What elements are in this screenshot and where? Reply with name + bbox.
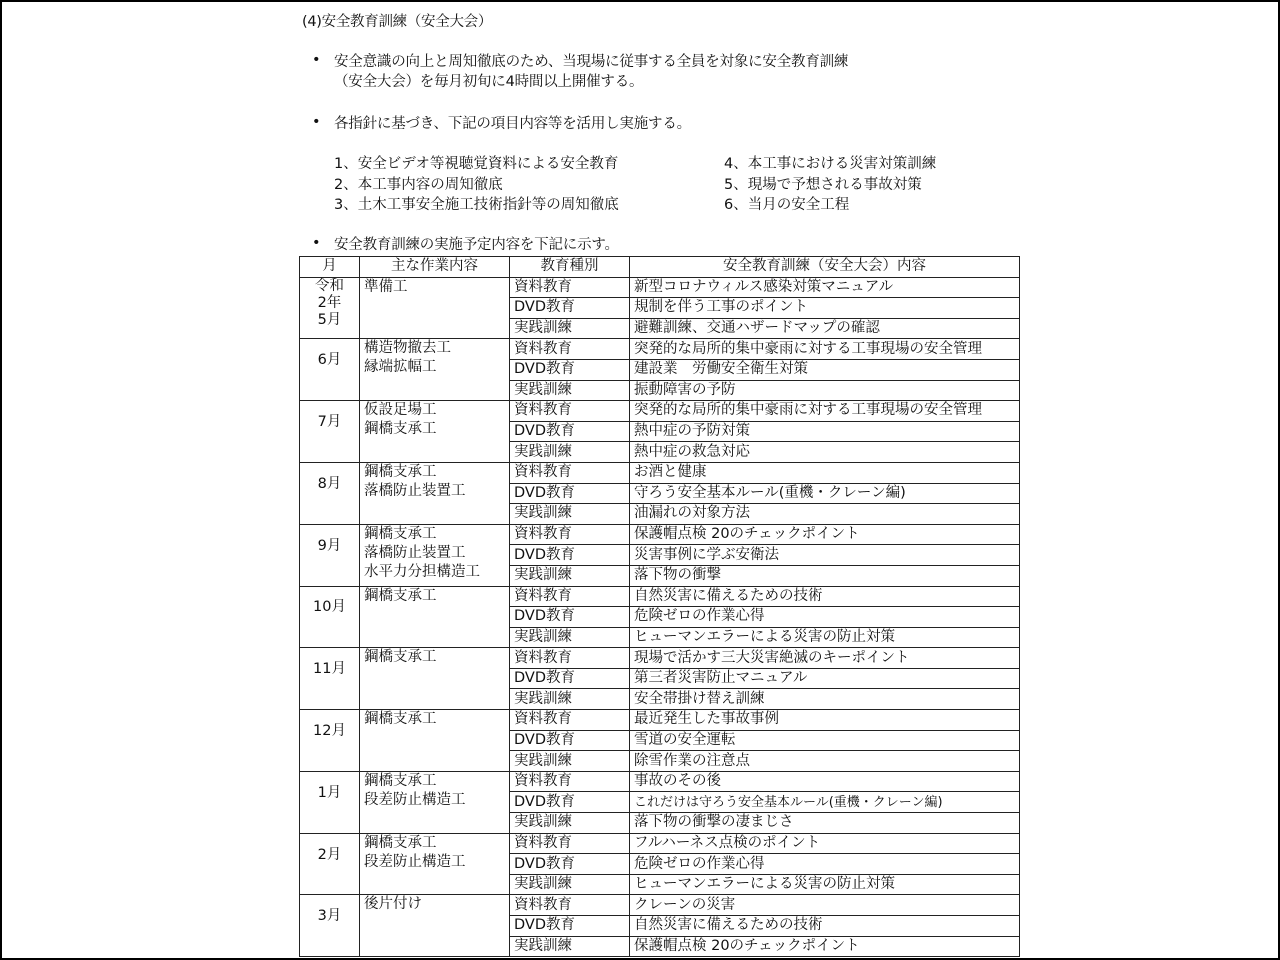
training-content-cell: 事故のその後 [630,771,1020,792]
training-content-cell: 保護帽点検 20のチェックポイント [630,936,1020,957]
work-item: 鋼橋支承工 [364,648,505,667]
training-content-cell: 災害事例に学ぶ安衛法 [630,545,1020,566]
month-label: 2月 [304,847,355,864]
education-type-cell: 資料教育 [510,833,630,854]
education-type-cell: 実践訓練 [510,751,630,772]
header-content: 安全教育訓練（安全大会）内容 [630,257,1020,278]
item: 2、本工事内容の周知徹底 [334,175,619,196]
work-item: 鋼橋支承工 [364,710,505,729]
education-type-cell: DVD教育 [510,421,630,442]
training-content-cell: 危険ゼロの作業心得 [630,607,1020,628]
month-cell: 1月 [300,771,360,833]
table-row: 1月鋼橋支承工段差防止構造工資料教育事故のその後 [300,771,1020,792]
training-content-cell: 避難訓練、交通ハザードマップの確認 [630,318,1020,339]
item: 6、当月の安全工程 [724,195,936,216]
month-label: 6月 [304,352,355,369]
table-row: 6月構造物撤去工縁端拡幅工資料教育突発的な局所的集中豪雨に対する工事現場の安全管… [300,339,1020,360]
work-item: 段差防止構造工 [364,853,505,872]
table-header-row: 月 主な作業内容 教育種別 安全教育訓練（安全大会）内容 [300,257,1020,278]
training-content-cell: 保護帽点検 20のチェックポイント [630,524,1020,545]
work-item: 水平力分担構造工 [364,563,505,582]
bullet-icon: • [312,114,320,130]
work-cell: 鋼橋支承工 [360,586,510,648]
education-type-cell: 実践訓練 [510,380,630,401]
work-item: 鋼橋支承工 [364,772,505,791]
bullet-text-line: 安全教育訓練の実施予定内容を下記に示す。 [334,235,619,255]
month-label: 8月 [304,476,355,493]
bullet-text-line: 安全意識の向上と周知徹底のため、当現場に従事する全員を対象に安全教育訓練 [334,52,848,72]
training-content-cell: 第三者災害防止マニュアル [630,668,1020,689]
training-content-cell: 守ろう安全基本ルール(重機・クレーン編) [630,483,1020,504]
work-cell: 準備工 [360,277,510,339]
work-item: 鋼橋支承工 [364,463,505,482]
education-type-cell: 資料教育 [510,771,630,792]
education-type-cell: DVD教育 [510,854,630,875]
training-content-cell: ヒューマンエラーによる災害の防止対策 [630,874,1020,895]
work-cell: 鋼橋支承工落橋防止装置工水平力分担構造工 [360,524,510,586]
training-content-cell: 安全帯掛け替え訓練 [630,689,1020,710]
work-item: 構造物撤去工 [364,339,505,358]
education-type-cell: DVD教育 [510,298,630,319]
work-item: 仮設足場工 [364,401,505,420]
education-type-cell: 資料教育 [510,524,630,545]
work-cell: 鋼橋支承工落橋防止装置工 [360,462,510,524]
month-label: 2年 [304,295,355,312]
training-content-cell: お酒と健康 [630,462,1020,483]
month-label: 令和 [304,278,355,295]
education-type-cell: 資料教育 [510,462,630,483]
month-label: 1月 [304,785,355,802]
training-content-cell: 規制を伴う工事のポイント [630,298,1020,319]
section-title: (4)安全教育訓練（安全大会） [302,10,492,31]
bullet-text-line: （安全大会）を毎月初旬に4時間以上開催する。 [334,72,848,92]
work-item: 鋼橋支承工 [364,834,505,853]
month-cell: 10月 [300,586,360,648]
month-label: 10月 [304,599,355,616]
training-content-cell: 油漏れの対象方法 [630,504,1020,525]
items-list-left: 1、安全ビデオ等視聴覚資料による安全教育 2、本工事内容の周知徹底 3、土木工事… [334,154,619,216]
month-label: 5月 [304,312,355,329]
training-content-cell: 雪道の安全運転 [630,730,1020,751]
table-row: 3月後片付け資料教育クレーンの災害 [300,895,1020,916]
training-content-cell: 熱中症の救急対応 [630,442,1020,463]
work-item: 鋼橋支承工 [364,420,505,439]
work-item: 落橋防止装置工 [364,544,505,563]
training-content-cell: クレーンの災害 [630,895,1020,916]
education-type-cell: 資料教育 [510,401,630,422]
work-cell: 鋼橋支承工段差防止構造工 [360,833,510,895]
month-cell: 3月 [300,895,360,957]
education-type-cell: 実践訓練 [510,874,630,895]
month-label: 7月 [304,414,355,431]
training-content-cell: 自然災害に備えるための技術 [630,916,1020,937]
table-row: 8月鋼橋支承工落橋防止装置工資料教育お酒と健康 [300,462,1020,483]
month-label: 11月 [304,661,355,678]
table-row: 12月鋼橋支承工資料教育最近発生した事故事例 [300,710,1020,731]
table-row: 9月鋼橋支承工落橋防止装置工水平力分担構造工資料教育保護帽点検 20のチェックポ… [300,524,1020,545]
education-type-cell: 資料教育 [510,710,630,731]
header-month: 月 [300,257,360,278]
education-type-cell: DVD教育 [510,668,630,689]
month-cell: 8月 [300,462,360,524]
education-type-cell: DVD教育 [510,730,630,751]
education-type-cell: DVD教育 [510,792,630,813]
work-item: 段差防止構造工 [364,791,505,810]
item: 3、土木工事安全施工技術指針等の周知徹底 [334,195,619,216]
education-type-cell: 資料教育 [510,277,630,298]
training-content-cell: ヒューマンエラーによる災害の防止対策 [630,627,1020,648]
training-content-cell: 落下物の衝撃の凄まじさ [630,813,1020,834]
work-cell: 鋼橋支承工 [360,648,510,710]
education-type-cell: 資料教育 [510,648,630,669]
bullet-icon: • [312,235,320,251]
work-item: 鋼橋支承工 [364,525,505,544]
training-content-cell: 突発的な局所的集中豪雨に対する工事現場の安全管理 [630,401,1020,422]
document-page: (4)安全教育訓練（安全大会） • 安全意識の向上と周知徹底のため、当現場に従事… [2,2,1278,958]
work-item: 縁端拡幅工 [364,358,505,377]
education-type-cell: 実践訓練 [510,689,630,710]
education-type-cell: 資料教育 [510,339,630,360]
table-row: 7月仮設足場工鋼橋支承工資料教育突発的な局所的集中豪雨に対する工事現場の安全管理 [300,401,1020,422]
month-cell: 令和2年5月 [300,277,360,339]
work-cell: 構造物撤去工縁端拡幅工 [360,339,510,401]
table-row: 11月鋼橋支承工資料教育現場で活かす三大災害絶滅のキーポイント [300,648,1020,669]
table-row: 令和2年5月準備工資料教育新型コロナウィルス感染対策マニュアル [300,277,1020,298]
training-content-cell: 突発的な局所的集中豪雨に対する工事現場の安全管理 [630,339,1020,360]
work-cell: 仮設足場工鋼橋支承工 [360,401,510,463]
work-item: 準備工 [364,278,505,297]
item: 1、安全ビデオ等視聴覚資料による安全教育 [334,154,619,175]
work-item: 鋼橋支承工 [364,587,505,606]
training-content-cell: 新型コロナウィルス感染対策マニュアル [630,277,1020,298]
education-type-cell: 実践訓練 [510,627,630,648]
table-row: 2月鋼橋支承工段差防止構造工資料教育フルハーネス点検のポイント [300,833,1020,854]
month-cell: 11月 [300,648,360,710]
header-type: 教育種別 [510,257,630,278]
education-type-cell: 実践訓練 [510,318,630,339]
work-cell: 鋼橋支承工 [360,710,510,772]
education-type-cell: DVD教育 [510,916,630,937]
work-cell: 後片付け [360,895,510,957]
month-label: 12月 [304,723,355,740]
month-cell: 7月 [300,401,360,463]
training-content-cell: 建設業 労働安全衛生対策 [630,359,1020,380]
training-content-cell: これだけは守ろう安全基本ルール(重機・クレーン編) [630,792,1020,813]
training-schedule-table: 月 主な作業内容 教育種別 安全教育訓練（安全大会）内容 令和2年5月準備工資料… [299,256,1020,957]
education-type-cell: 実践訓練 [510,936,630,957]
training-content-cell: 自然災害に備えるための技術 [630,586,1020,607]
training-content-cell: フルハーネス点検のポイント [630,833,1020,854]
table-row: 10月鋼橋支承工資料教育自然災害に備えるための技術 [300,586,1020,607]
training-content-cell: 現場で活かす三大災害絶滅のキーポイント [630,648,1020,669]
month-cell: 6月 [300,339,360,401]
training-content-cell: 最近発生した事故事例 [630,710,1020,731]
item: 4、本工事における災害対策訓練 [724,154,936,175]
work-item: 落橋防止装置工 [364,482,505,501]
education-type-cell: 資料教育 [510,895,630,916]
training-content-cell: 振動障害の予防 [630,380,1020,401]
education-type-cell: 実践訓練 [510,442,630,463]
education-type-cell: DVD教育 [510,359,630,380]
training-content-cell: 熱中症の予防対策 [630,421,1020,442]
items-list-right: 4、本工事における災害対策訓練 5、現場で予想される事故対策 6、当月の安全工程 [724,154,936,216]
training-content-cell: 除雪作業の注意点 [630,751,1020,772]
work-cell: 鋼橋支承工段差防止構造工 [360,771,510,833]
education-type-cell: 実践訓練 [510,813,630,834]
item: 5、現場で予想される事故対策 [724,175,936,196]
bullet-icon: • [312,52,320,68]
month-label: 3月 [304,908,355,925]
work-item: 後片付け [364,895,505,914]
month-cell: 9月 [300,524,360,586]
education-type-cell: 資料教育 [510,586,630,607]
bullet-text-line: 各指針に基づき、下記の項目内容等を活用し実施する。 [334,114,691,134]
education-type-cell: DVD教育 [510,607,630,628]
education-type-cell: 実践訓練 [510,504,630,525]
month-cell: 2月 [300,833,360,895]
training-content-cell: 落下物の衝撃 [630,565,1020,586]
month-cell: 12月 [300,710,360,772]
header-work: 主な作業内容 [360,257,510,278]
training-content-cell: 危険ゼロの作業心得 [630,854,1020,875]
education-type-cell: DVD教育 [510,483,630,504]
month-label: 9月 [304,538,355,555]
education-type-cell: DVD教育 [510,545,630,566]
education-type-cell: 実践訓練 [510,565,630,586]
